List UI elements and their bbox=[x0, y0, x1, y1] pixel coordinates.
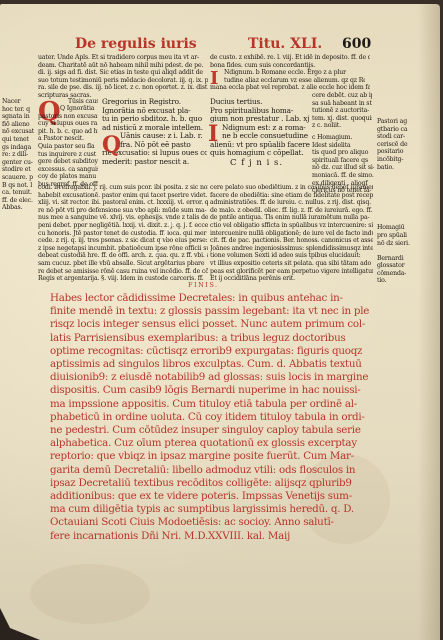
gloss-line: B qs not. l bbox=[2, 182, 36, 190]
text-line: re nō pōt vti pro defensione sua vbo apl… bbox=[38, 207, 208, 215]
gloss-column-a: Q Ignorātia pastoris non excusat cuy si … bbox=[38, 105, 98, 189]
gloss-line: Pastori ag bbox=[377, 118, 415, 126]
text-line: de custo. z exhibē. re. l. viij. Et idē … bbox=[210, 54, 370, 62]
gloss-line: Ducius tertius. bbox=[210, 98, 310, 107]
text-line: Joānes andree ingeniosissimus: splendidi… bbox=[210, 245, 373, 253]
gloss-line: excessus. ca sanguis bbox=[38, 166, 98, 174]
paper-stain bbox=[30, 564, 150, 624]
gloss-line: Ignorātia nō excusat pla- bbox=[102, 107, 207, 116]
gloss-column-c: Ducius tertius. Pro spiritualibus homa- … bbox=[210, 98, 310, 168]
text-column-right-gloss-top: cere debēt. cuz ab ipsa sa suā habeant i… bbox=[312, 92, 372, 130]
gloss-line: cuy si lupus oues ra bbox=[38, 120, 98, 128]
text-line: ctio vel obligatio sfficta in spūalibus … bbox=[210, 222, 373, 230]
gloss-line: Homagiū bbox=[377, 224, 415, 232]
gloss-line: Pro spiritualibus homa- bbox=[210, 107, 310, 116]
gloss-line: qui tenet bbox=[2, 136, 36, 144]
gloss-line: Idest sidelita bbox=[312, 142, 374, 150]
spacer bbox=[377, 171, 415, 179]
text-line: mana eccla pbat vel reprobat. z alie ecc… bbox=[210, 84, 370, 92]
colophon-line: phabeticū in ordine uoluta. Cū coy itide… bbox=[50, 411, 372, 424]
text-line: tutionē z auctorita- bbox=[312, 107, 372, 115]
colophon-line: ne pedestri. Cum cōtūdez insuper singulo… bbox=[50, 424, 372, 437]
text-line: cere pelato suo obediētium. z in casibus… bbox=[210, 184, 373, 192]
gloss-line: nō dz. cuz illud sit si- bbox=[312, 164, 374, 172]
text-line: peas est glorificēt per eam perpetuo vig… bbox=[210, 268, 373, 276]
text-line: peni debet. pper negligētiā. lxxij. vi. … bbox=[38, 222, 208, 230]
gloss-line: positario bbox=[377, 148, 415, 156]
gloss-line: genter cu- bbox=[2, 159, 36, 167]
colophon-line: garita demū Decretaliū: libello admoduz … bbox=[50, 464, 372, 477]
text-column-left-top: uater. Unde Apls. Et si tradidero corpus… bbox=[38, 54, 208, 100]
text-line: deam. Charitatē aūt nō habeam nihil mihi… bbox=[38, 62, 208, 70]
running-head-left: De regulis iuris bbox=[75, 36, 197, 52]
text-column-right-top: de custo. z exhibē. re. l. viij. Et idē … bbox=[210, 54, 370, 92]
text-line: facere de obediētia: sine etiam de fidel… bbox=[210, 192, 373, 200]
right-margin-gloss: Pastori ag gtbario ca stodi car- ceriscē… bbox=[377, 118, 415, 285]
text-line: de malo. z obedil. oliec. ff. lig. z. ff… bbox=[210, 207, 373, 215]
gloss-line: glossator bbox=[377, 262, 415, 270]
gloss-line: hoc ter. q bbox=[2, 106, 36, 114]
gloss-line: Ndignum est: z a roma- bbox=[210, 124, 310, 133]
colophon-line: ma cum diligētia typis ac sumptibus larg… bbox=[50, 503, 372, 516]
text-line: Et ij occiditlāna perēnis erit. bbox=[210, 275, 373, 283]
text-line: nus mee a sanguine vē. xlvij. vis. ephes… bbox=[38, 214, 208, 222]
colophon-line: Octauiani Scoti Ciuis Modoetiēsis: ac so… bbox=[50, 516, 372, 529]
initial-Q-small: Q bbox=[102, 133, 121, 157]
gloss-line: stodi car- bbox=[377, 133, 415, 141]
text-line: vt illius expositio ceteris sit pelata. … bbox=[210, 260, 373, 268]
gloss-line: ca. tenuit. bbox=[2, 189, 36, 197]
text-line: de pntile antiqua. Tls enim nullā iuramē… bbox=[210, 214, 373, 222]
gloss-line: a Pastor nescit. bbox=[38, 135, 98, 143]
text-column-right-bottom: cere pelato suo obediētium. z in casibus… bbox=[210, 184, 373, 283]
gloss-line: stodire et bbox=[2, 166, 36, 174]
colophon-line: latis Parrisiensibus exemplaribus: a tri… bbox=[50, 332, 372, 345]
text-line: bona fides. cum suis concordantijs. bbox=[210, 62, 370, 70]
gloss-line: gtbario ca bbox=[377, 126, 415, 134]
colophon-line: fere incarnationis Dñi Nri. M.D.XXVIII. … bbox=[50, 530, 372, 543]
gloss-line: gs indaga bbox=[2, 144, 36, 152]
gloss-line: incōbitg- bbox=[377, 156, 415, 164]
colophon: Habes lector cādidissime Decretales: in … bbox=[50, 292, 372, 543]
gloss-line: Quia pastor seu fla bbox=[38, 143, 98, 151]
folio-number: 600 bbox=[342, 36, 371, 52]
gloss-line: mederit: pastor nescit a. bbox=[102, 158, 207, 167]
text-line: re debet se amisisse rōnē casu ruina vel… bbox=[38, 268, 208, 276]
text-line: ra. sile de pse. dis. iij. nō licet. z c… bbox=[38, 84, 208, 92]
text-line: xliij. vi. sit rector. ibi. pastoral eni… bbox=[38, 199, 208, 207]
torn-corner bbox=[0, 600, 40, 640]
gloss-line: re: z dili- bbox=[2, 151, 36, 159]
gloss-line: quis homagium c cōpellat. bbox=[210, 149, 310, 158]
colophon-line: aptissimis ad singulos libros exculptas.… bbox=[50, 358, 372, 371]
gloss-line: pastoris non excusat bbox=[38, 113, 98, 121]
text-line: cere debēt. cuz ab ipsa bbox=[312, 92, 372, 100]
gloss-line: nō excusat bbox=[2, 128, 36, 136]
gloss-line: pit. h. b. c. quo ad hus. bbox=[38, 128, 98, 136]
gloss-line: tio. bbox=[377, 277, 415, 285]
gloss-line: ceriscē de bbox=[377, 141, 415, 149]
text-line: sam cucuz. pbet ille vbū absalle. Sicut … bbox=[38, 260, 208, 268]
running-head-title: Titu. XLI. bbox=[248, 36, 322, 52]
gloss-line: scauere. p bbox=[2, 174, 36, 182]
gloss-line: fiō alieno bbox=[2, 121, 36, 129]
text-line: tudine aliaz ecclarum vz esse alienum. q… bbox=[210, 77, 365, 85]
text-line: z ipse negetapsi incumbit. pbatioēcum ip… bbox=[38, 245, 208, 253]
gloss-line: coy de platos manu bbox=[38, 173, 98, 181]
text-line: z c. noliit. bbox=[312, 122, 372, 130]
text-line: cede. z rij. q. iij. tres psonas. z sic … bbox=[38, 237, 208, 245]
text-line: cu honoris. Jtē pastor tenet de custodia… bbox=[38, 230, 208, 238]
gloss-line: Abbas. bbox=[2, 204, 36, 212]
text-line: habebit excusationē. pastor enim qui tac… bbox=[38, 192, 208, 200]
colophon-line: Habes lector cādidissime Decretales: in … bbox=[50, 292, 372, 305]
initial-I-red: I bbox=[208, 122, 218, 146]
colophon-line: optime recognitas: cūctisqz errorib9 exp… bbox=[50, 345, 372, 358]
gloss-line: tis quod pro aliquo bbox=[312, 149, 374, 157]
spacer bbox=[377, 209, 415, 217]
spacer bbox=[377, 217, 415, 225]
colophon-line: reptorio: que vbiqz in ipsaz margine pos… bbox=[50, 450, 372, 463]
gloss-line: spirituali facere qs bbox=[312, 157, 374, 165]
colophon-line: alphabetica. Cuz oīum pterea quotationū … bbox=[50, 437, 372, 450]
colophon-line: diuisionib9: z eiusdē notabilib9 ad glos… bbox=[50, 371, 372, 384]
gloss-line: gere debet subditoy bbox=[38, 158, 98, 166]
text-line: Ndignum. b Romane eccle. Ergo z a plur bbox=[210, 69, 365, 77]
colophon-line: finite mendē in textu: z glossis passim … bbox=[50, 305, 372, 318]
spacer bbox=[377, 194, 415, 202]
spacer bbox=[377, 247, 415, 255]
text-line: tione volumen Sexti id adeo suis tpibus … bbox=[210, 252, 373, 260]
gloss-line: c Homagium. bbox=[312, 134, 374, 142]
gloss-line: batio. bbox=[377, 164, 415, 172]
text-line: administratiōes. ff. de iureiu. c. nullu… bbox=[210, 199, 373, 207]
initial-I: I bbox=[210, 68, 218, 89]
gloss-line: pro spūali bbox=[377, 232, 415, 240]
text-line: suo totum testimoniū peris mēdacio decol… bbox=[38, 77, 208, 85]
text-line: Regis et argentarija. §. viij. Idem in c… bbox=[38, 275, 208, 283]
gloss-line: Nacer bbox=[2, 98, 36, 106]
gloss-line: Bernardi bbox=[377, 255, 415, 263]
spacer bbox=[377, 179, 415, 187]
colophon-line: risqz locis integer sensus elici posset.… bbox=[50, 318, 372, 331]
gloss-line: tu in perio sbditoz. h. b. quo bbox=[102, 115, 207, 124]
gloss-line: cōmenda- bbox=[377, 270, 415, 278]
gloss-line: gium non prestatur . Lab. xj. bbox=[210, 115, 310, 124]
text-line: debeat custodiā hre. ff. de offi. arch. … bbox=[38, 252, 208, 260]
left-margin-gloss: Nacer hoc ter. q sgnata in fiō alieno nō… bbox=[2, 98, 36, 212]
text-column-left-bottom: codi. irrefragabili. j. rij. cum suis pc… bbox=[38, 184, 208, 283]
text-line: di. ij. sigs ad fi. dist. Sic etias in t… bbox=[38, 69, 208, 77]
gloss-line: nō dz sieri. bbox=[377, 240, 415, 248]
spacer bbox=[377, 202, 415, 210]
text-line: tem. xj. dist. quoquis. bbox=[312, 115, 372, 123]
gloss-line: Q Ignorātia bbox=[38, 105, 98, 113]
colophon-line: dispositis. Cum casib9 lōgis Bernardi nu… bbox=[50, 384, 372, 397]
gloss-line: ad nisticū z morale intellem. bbox=[102, 124, 207, 133]
gloss-line: moniacā. ff. de simo. bbox=[312, 172, 374, 180]
gloss-line: ff. de elec. bbox=[2, 197, 36, 205]
text-line: intercuenire nullā obligationē; de iure … bbox=[210, 230, 373, 238]
document-page: De regulis iuris Titu. XLI. 600 uater. U… bbox=[0, 4, 440, 640]
finis-marker: C f j n i s. bbox=[210, 158, 310, 168]
gloss-line: tus inquirere z cust bbox=[38, 151, 98, 159]
colophon-line: additionibus: que ex te videre poteris. … bbox=[50, 490, 372, 503]
finis-label: FINIS. bbox=[188, 281, 219, 289]
gloss-line: sgnata in bbox=[2, 113, 36, 121]
colophon-line: ma impssione appositis. Cum tituloy etiā… bbox=[50, 398, 372, 411]
text-line: codi. irrefragabili. j. rij. cum suis pc… bbox=[38, 184, 208, 192]
colophon-line: ipsaz Decretaliū textibus recōditos coll… bbox=[50, 477, 372, 490]
gloss-line: alienū: vt pro spūalib facere bbox=[210, 141, 310, 150]
text-line: sa suā habeant in sti- bbox=[312, 100, 372, 108]
text-line: uater. Unde Apls. Et si tradidero corpus… bbox=[38, 54, 208, 62]
text-line: cit. ff. de pac. pactionis. Ber. honoss.… bbox=[210, 237, 373, 245]
spacer bbox=[377, 186, 415, 194]
gloss-line: Gregorius in Registro. bbox=[102, 98, 207, 107]
gloss-line: ne b eccle consuetudine bbox=[210, 132, 310, 141]
